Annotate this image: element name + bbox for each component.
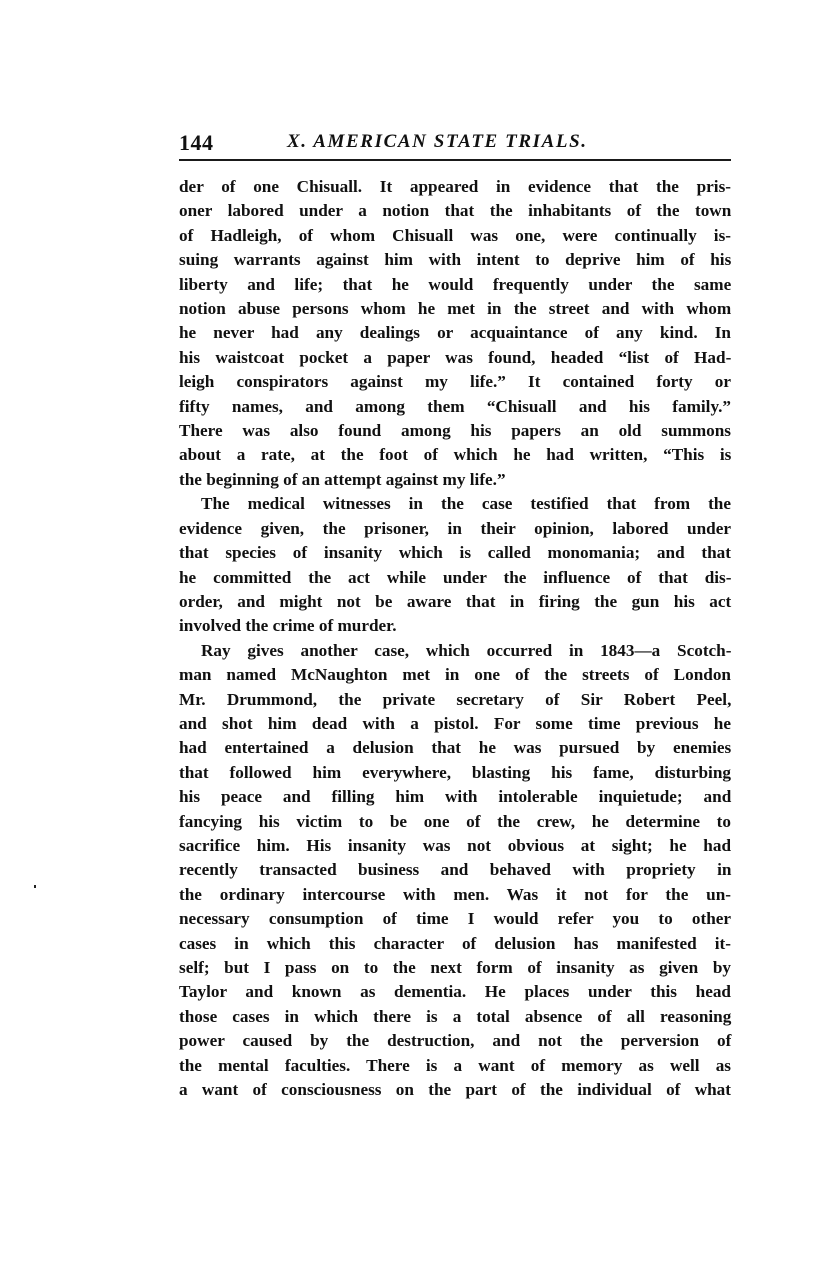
text-line: sacrifice him. His insanity was not obvi…	[179, 834, 731, 858]
text-line: that species of insanity which is called…	[179, 541, 731, 565]
text-line: fifty names, and among them “Chisuall an…	[179, 395, 731, 419]
text-line: involved the crime of murder.	[179, 614, 731, 638]
text-line: he committed the act while under the inf…	[179, 566, 731, 590]
header-rule	[179, 159, 731, 161]
text-line: notion abuse persons whom he met in the …	[179, 297, 731, 321]
text-line: self; but I pass on to the next form of …	[179, 956, 731, 980]
text-line: oner labored under a notion that the inh…	[179, 199, 731, 223]
text-line: Taylor and known as dementia. He places …	[179, 980, 731, 1004]
text-line: those cases in which there is a total ab…	[179, 1005, 731, 1029]
text-line: a want of consciousness on the part of t…	[179, 1078, 731, 1102]
text-line: Mr. Drummond, the private secretary of S…	[179, 688, 731, 712]
text-line: There was also found among his papers an…	[179, 419, 731, 443]
text-line: liberty and life; that he would frequent…	[179, 273, 731, 297]
page-number: 144	[179, 130, 214, 156]
text-line: suing warrants against him with intent t…	[179, 248, 731, 272]
text-line: fancying his victim to be one of the cre…	[179, 810, 731, 834]
text-line: and shot him dead with a pistol. For som…	[179, 712, 731, 736]
paragraph-3: Ray gives another case, which occurred i…	[179, 639, 731, 1103]
text-line: that followed him everywhere, blasting h…	[179, 761, 731, 785]
book-page: 144 X. AMERICAN STATE TRIALS. der of one…	[179, 128, 731, 158]
paragraph-2: The medical witnesses in the case testif…	[179, 492, 731, 638]
text-line: cases in which this character of delusio…	[179, 932, 731, 956]
text-line: the mental faculties. There is a want of…	[179, 1054, 731, 1078]
text-line: The medical witnesses in the case testif…	[179, 492, 731, 516]
running-head: 144 X. AMERICAN STATE TRIALS.	[179, 128, 731, 158]
text-line: leigh conspirators against my life.” It …	[179, 370, 731, 394]
text-line: his waistcoat pocket a paper was found, …	[179, 346, 731, 370]
running-head-title: X. AMERICAN STATE TRIALS.	[287, 131, 588, 153]
text-line: he never had any dealings or acquaintanc…	[179, 321, 731, 345]
text-line: order, and might not be aware that in fi…	[179, 590, 731, 614]
text-line: evidence given, the prisoner, in their o…	[179, 517, 731, 541]
text-line: the beginning of an attempt against my l…	[179, 468, 731, 492]
text-line: of Hadleigh, of whom Chisuall was one, w…	[179, 224, 731, 248]
text-line: about a rate, at the foot of which he ha…	[179, 443, 731, 467]
margin-speck	[34, 885, 36, 888]
text-line: man named McNaughton met in one of the s…	[179, 663, 731, 687]
text-line: power caused by the destruction, and not…	[179, 1029, 731, 1053]
paragraph-1: der of one Chisuall. It appeared in evid…	[179, 175, 731, 492]
text-line: the ordinary intercourse with men. Was i…	[179, 883, 731, 907]
text-line: necessary consumption of time I would re…	[179, 907, 731, 931]
text-line: his peace and filling him with intolerab…	[179, 785, 731, 809]
text-line: der of one Chisuall. It appeared in evid…	[179, 175, 731, 199]
text-line: Ray gives another case, which occurred i…	[179, 639, 731, 663]
text-line: recently transacted business and behaved…	[179, 858, 731, 882]
body-text: der of one Chisuall. It appeared in evid…	[179, 175, 731, 1102]
text-line: had entertained a delusion that he was p…	[179, 736, 731, 760]
